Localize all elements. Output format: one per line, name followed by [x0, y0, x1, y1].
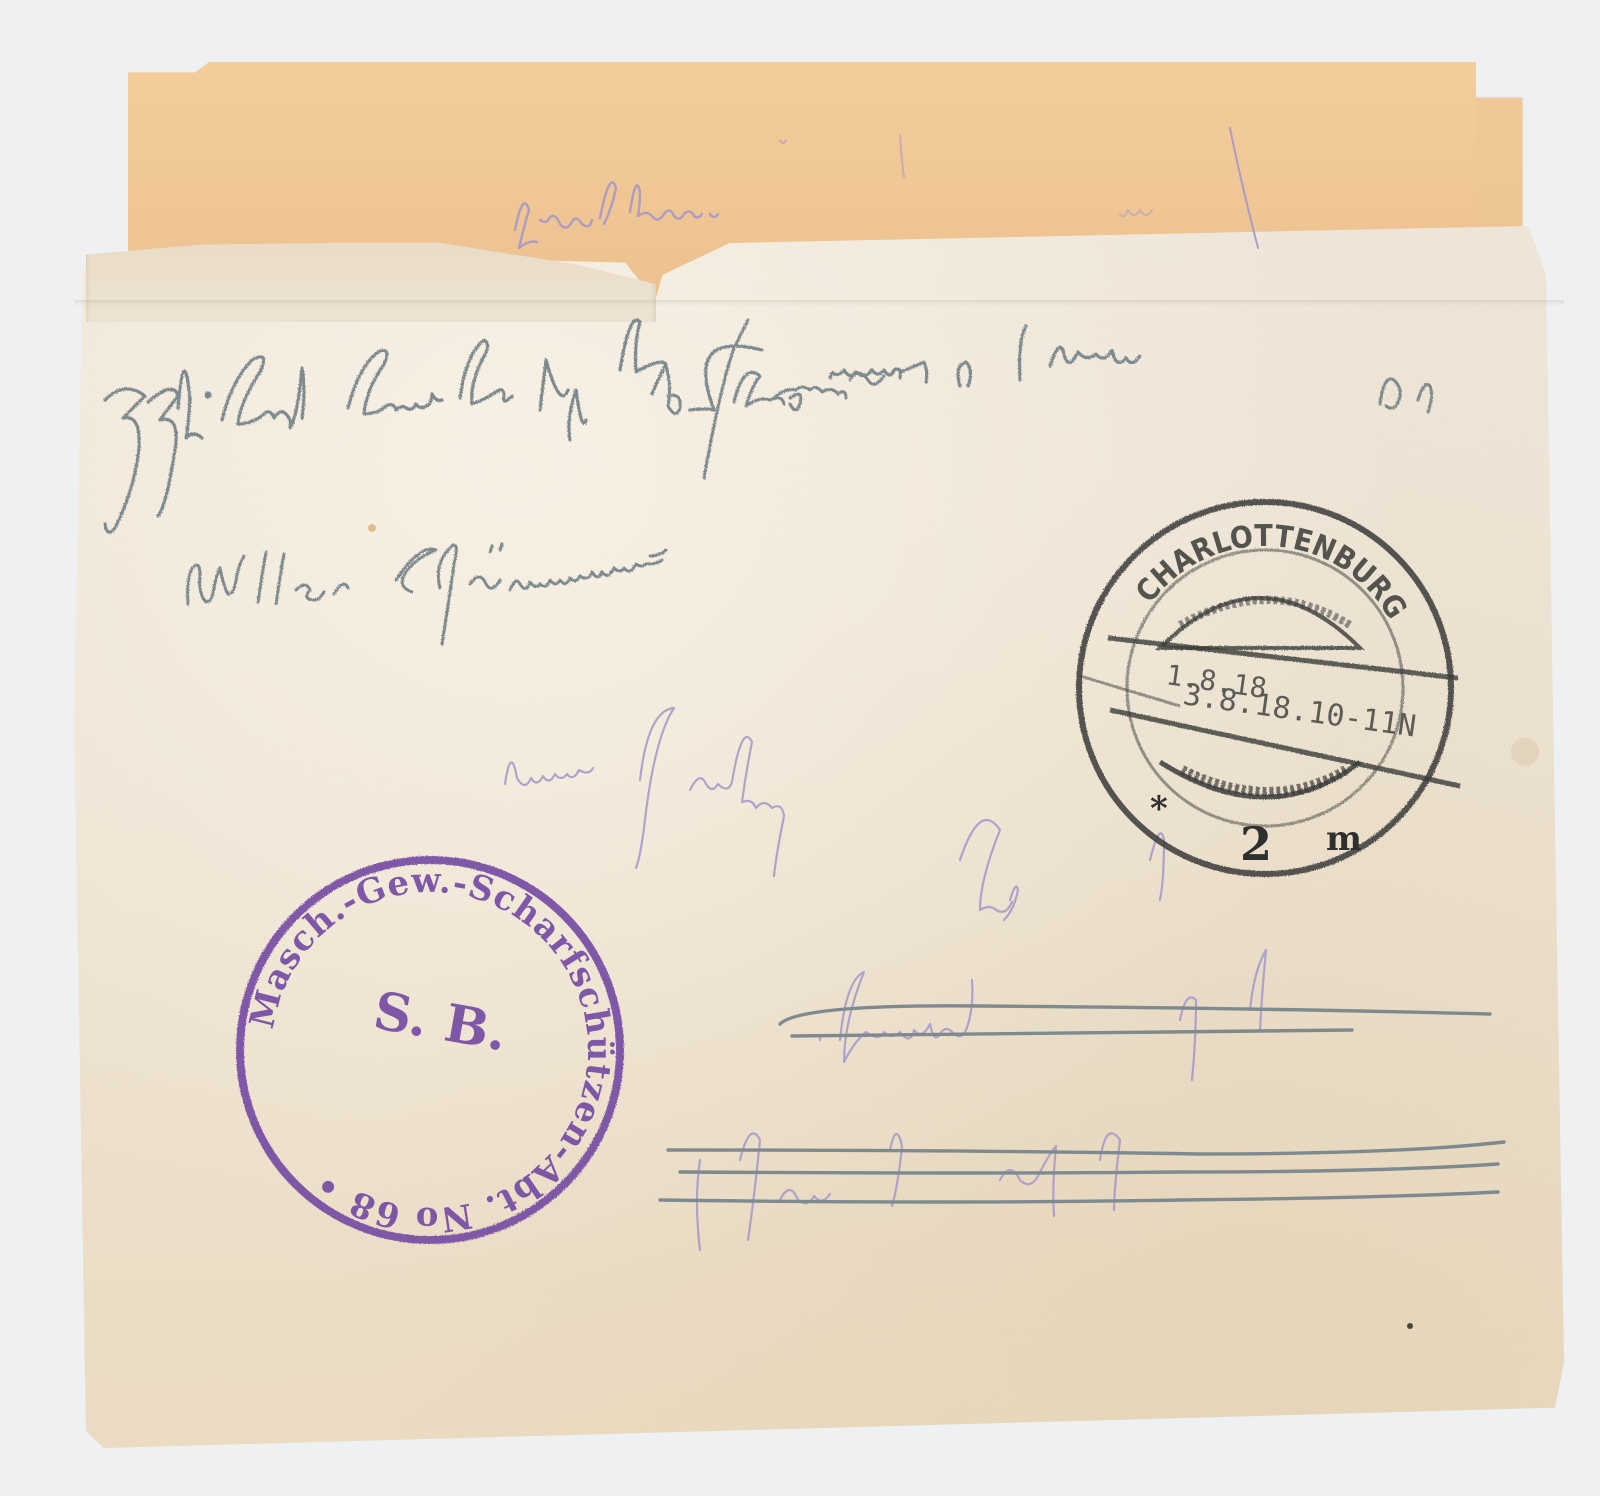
svg-text:*: * — [1150, 789, 1168, 829]
address-line-2-handwriting — [188, 544, 666, 644]
strike-through-lines — [660, 1006, 1504, 1202]
svg-text:2: 2 — [1240, 817, 1272, 871]
letter-salutation-scribble — [515, 128, 1258, 248]
ink-overlay: CHARLOTTENBURG 1.8.18 3.8.18.10-11N * 2 … — [0, 0, 1600, 1496]
unit-stamp-center: S. B. — [369, 980, 512, 1063]
envelope-scan: CHARLOTTENBURG 1.8.18 3.8.18.10-11N * 2 … — [0, 0, 1600, 1496]
address-slash — [666, 320, 1432, 478]
address-line-1-handwriting — [105, 320, 1140, 532]
svg-text:m: m — [1326, 819, 1362, 859]
postmark-bottom: * 2 m — [1150, 789, 1362, 871]
